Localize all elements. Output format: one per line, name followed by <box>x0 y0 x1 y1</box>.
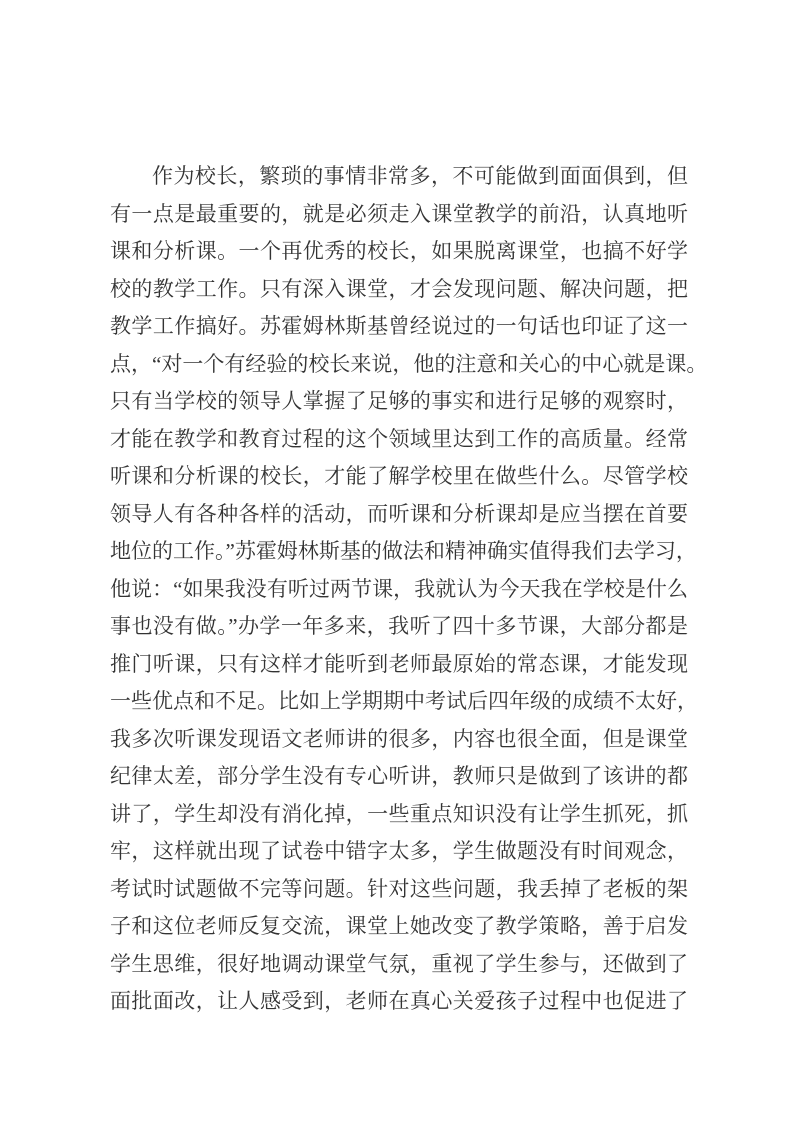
text-line: 听课和分析课的校长，才能了解学校里在做些什么。尽管学校 <box>110 458 688 496</box>
text-line: 点，“对一个有经验的校长来说，他的注意和关心的中心就是课。 <box>110 346 688 384</box>
document-page: 作为校长，繁琐的事情非常多，不可能做到面面俱到，但有一点是最重要的，就是必须走入… <box>0 0 793 1122</box>
text-line: 事也没有做。”办学一年多来，我听了四十多节课，大部分都是 <box>110 608 688 646</box>
text-line: 一些优点和不足。比如上学期期中考试后四年级的成绩不太好， <box>110 683 688 721</box>
paragraph-text: 作为校长，繁琐的事情非常多，不可能做到面面俱到，但有一点是最重要的，就是必须走入… <box>110 158 688 1021</box>
text-line: 作为校长，繁琐的事情非常多，不可能做到面面俱到，但 <box>110 158 688 196</box>
text-line: 课和分析课。一个再优秀的校长，如果脱离课堂，也搞不好学 <box>110 233 688 271</box>
text-line: 只有当学校的领导人掌握了足够的事实和进行足够的观察时， <box>110 383 688 421</box>
text-line: 领导人有各种各样的活动，而听课和分析课却是应当摆在首要 <box>110 496 688 534</box>
text-line: 讲了，学生却没有消化掉，一些重点知识没有让学生抓死，抓 <box>110 796 688 834</box>
text-line: 有一点是最重要的，就是必须走入课堂教学的前沿，认真地听 <box>110 196 688 234</box>
text-line: 校的教学工作。只有深入课堂，才会发现问题、解决问题，把 <box>110 271 688 309</box>
text-line: 学生思维，很好地调动课堂气氛，重视了学生参与，还做到了 <box>110 946 688 984</box>
text-line: 牢，这样就出现了试卷中错字太多，学生做题没有时间观念， <box>110 833 688 871</box>
text-line: 地位的工作。”苏霍姆林斯基的做法和精神确实值得我们去学习， <box>110 533 688 571</box>
text-line: 考试时试题做不完等问题。针对这些问题，我丢掉了老板的架 <box>110 871 688 909</box>
text-line: 纪律太差，部分学生没有专心听讲，教师只是做到了该讲的都 <box>110 758 688 796</box>
text-line: 才能在教学和教育过程的这个领域里达到工作的高质量。经常 <box>110 421 688 459</box>
text-line: 面批面改，让人感受到，老师在真心关爱孩子过程中也促进了 <box>110 983 688 1021</box>
text-line: 我多次听课发现语文老师讲的很多，内容也很全面，但是课堂 <box>110 721 688 759</box>
text-line: 教学工作搞好。苏霍姆林斯基曾经说过的一句话也印证了这一 <box>110 308 688 346</box>
text-line: 子和这位老师反复交流，课堂上她改变了教学策略，善于启发 <box>110 908 688 946</box>
text-line: 他说：“如果我没有听过两节课，我就认为今天我在学校是什么 <box>110 571 688 609</box>
text-line: 推门听课，只有这样才能听到老师最原始的常态课，才能发现 <box>110 646 688 684</box>
